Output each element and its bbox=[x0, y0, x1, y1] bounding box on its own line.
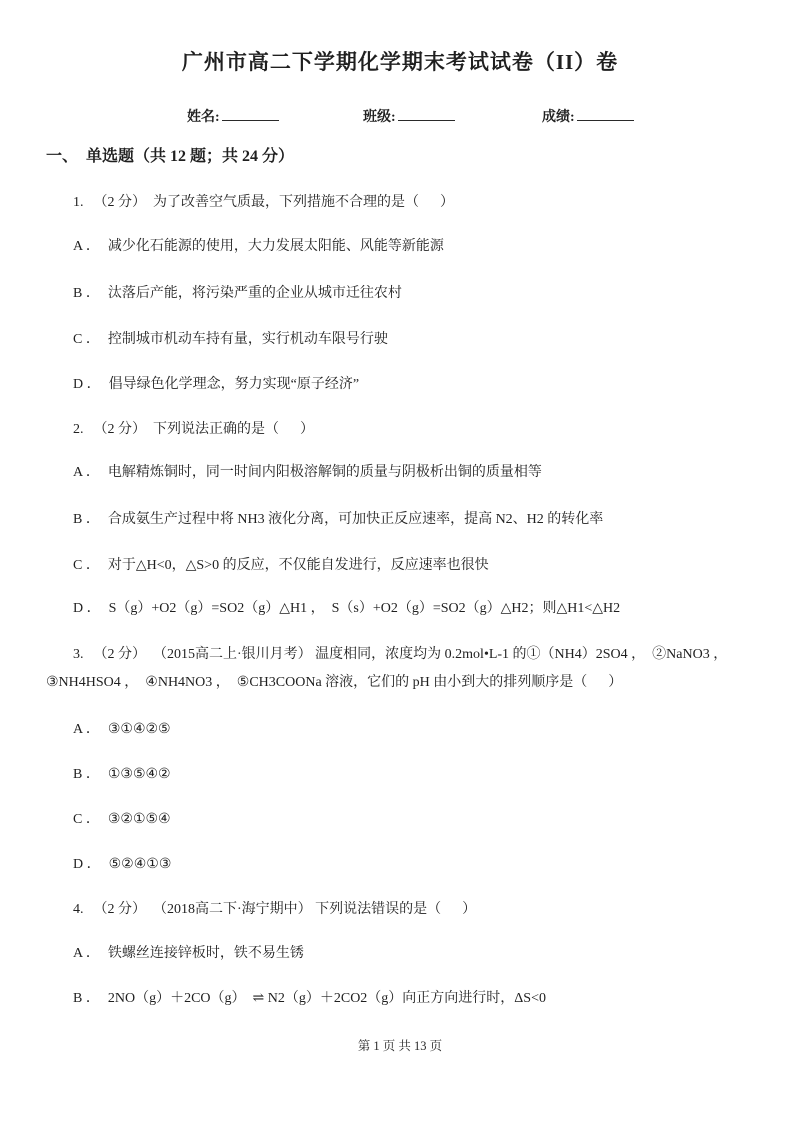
question-3-option-d: D ．⑤②④①③ bbox=[73, 855, 171, 875]
option-label: C ． bbox=[73, 332, 100, 347]
page-footer: 第 1 页 共 13 页 bbox=[0, 1036, 800, 1054]
question-3-option-c: C ．③②①⑤④ bbox=[73, 810, 171, 830]
page-title: 广州市高二下学期化学期末考试试卷（II）卷 bbox=[0, 46, 800, 76]
question-3-stem-line-2: ③NH4HSO4 ， ④NH4NO3 ， ⑤CH3COONa 溶液，它们的 pH… bbox=[46, 673, 622, 693]
option-text: ①③⑤④② bbox=[108, 767, 171, 782]
option-text: 倡导绿色化学理念，努力实现“原子经济” bbox=[109, 377, 359, 392]
question-1-text: （2 分） 为了改善空气质最，下列措施不合理的是（ ） bbox=[94, 195, 455, 210]
question-4-text: （2 分） （2018高二下·海宁期中） 下列说法错误的是（ ） bbox=[94, 902, 477, 917]
question-1-option-a: A ．减少化石能源的使用，大力发展太阳能、风能等新能源 bbox=[73, 237, 444, 257]
option-label: A ． bbox=[73, 465, 100, 480]
question-4-option-b: B ．2NO（g）＋2CO（g） ⇌ N2（g）＋2CO2（g）向正方向进行时，… bbox=[73, 989, 546, 1009]
option-text: ⑤②④①③ bbox=[109, 857, 172, 872]
option-label: D ． bbox=[73, 857, 101, 872]
option-text: 减少化石能源的使用，大力发展太阳能、风能等新能源 bbox=[108, 239, 444, 254]
option-text: S（g）+O2（g）=SO2（g）△H1 ， S（s）+O2（g）=SO2（g）… bbox=[109, 601, 621, 616]
question-2-option-a: A ．电解精炼铜时，同一时间内阳极溶解铜的质量与阴极析出铜的质量相等 bbox=[73, 463, 542, 483]
option-label: A ． bbox=[73, 946, 100, 961]
option-label: A ． bbox=[73, 239, 100, 254]
option-label: D ． bbox=[73, 601, 101, 616]
option-label: D ． bbox=[73, 377, 101, 392]
score-blank-line bbox=[577, 107, 634, 121]
question-3-text: （2 分） （2015高二上·银川月考） 温度相同，浓度均为 0.2mol•L-… bbox=[94, 647, 728, 662]
question-3-stem-line-1: 3.（2 分） （2015高二上·银川月考） 温度相同，浓度均为 0.2mol•… bbox=[73, 645, 727, 665]
question-4-number: 4. bbox=[73, 902, 84, 917]
name-label: 姓名: bbox=[187, 110, 220, 125]
option-label: B ． bbox=[73, 512, 100, 527]
question-3-number: 3. bbox=[73, 647, 84, 662]
option-label: B ． bbox=[73, 286, 100, 301]
question-1-option-d: D ．倡导绿色化学理念，努力实现“原子经济” bbox=[73, 375, 359, 395]
option-text: ③②①⑤④ bbox=[108, 812, 171, 827]
name-field: 姓名: bbox=[187, 106, 279, 126]
option-text: 控制城市机动车持有量，实行机动车限号行驶 bbox=[108, 332, 388, 347]
option-label: C ． bbox=[73, 558, 100, 573]
question-2-stem: 2.（2 分） 下列说法正确的是（ ） bbox=[73, 420, 314, 440]
score-label: 成绩: bbox=[542, 110, 575, 125]
question-1-option-b: B ．汰落后产能，将污染严重的企业从城市迁往农村 bbox=[73, 284, 402, 304]
option-text: 电解精炼铜时，同一时间内阳极溶解铜的质量与阴极析出铜的质量相等 bbox=[108, 465, 542, 480]
class-label: 班级: bbox=[363, 110, 396, 125]
option-text: 对于△H<0，△S>0 的反应，不仅能自发进行，反应速率也很快 bbox=[108, 558, 489, 573]
option-text: 铁螺丝连接锌板时，铁不易生锈 bbox=[108, 946, 304, 961]
option-text: ③①④②⑤ bbox=[108, 722, 171, 737]
question-1-option-c: C ．控制城市机动车持有量，实行机动车限号行驶 bbox=[73, 330, 388, 350]
option-label: B ． bbox=[73, 991, 100, 1006]
option-label: A ． bbox=[73, 722, 100, 737]
option-text: 合成氨生产过程中将 NH3 液化分离，可加快正反应速率，提高 N2、H2 的转化… bbox=[108, 512, 603, 527]
option-text: 2NO（g）＋2CO（g） ⇌ N2（g）＋2CO2（g）向正方向进行时，ΔS<… bbox=[108, 991, 546, 1006]
question-2-option-d: D ．S（g）+O2（g）=SO2（g）△H1 ， S（s）+O2（g）=SO2… bbox=[73, 599, 620, 619]
question-4-option-a: A ．铁螺丝连接锌板时，铁不易生锈 bbox=[73, 944, 304, 964]
score-field: 成绩: bbox=[542, 106, 634, 126]
option-text: 汰落后产能，将污染严重的企业从城市迁往农村 bbox=[108, 286, 402, 301]
question-4-stem: 4.（2 分） （2018高二下·海宁期中） 下列说法错误的是（ ） bbox=[73, 900, 476, 920]
question-3-option-a: A ．③①④②⑤ bbox=[73, 720, 171, 740]
question-3-option-b: B ．①③⑤④② bbox=[73, 765, 171, 785]
exam-page: 广州市高二下学期化学期末考试试卷（II）卷 姓名: 班级: 成绩: 一、 单选题… bbox=[0, 0, 800, 1132]
question-3-text-continued: ③NH4HSO4 ， ④NH4NO3 ， ⑤CH3COONa 溶液，它们的 pH… bbox=[46, 675, 622, 690]
question-2-option-c: C ．对于△H<0，△S>0 的反应，不仅能自发进行，反应速率也很快 bbox=[73, 556, 489, 576]
option-label: B ． bbox=[73, 767, 100, 782]
question-2-number: 2. bbox=[73, 422, 84, 437]
section-heading: 一、 单选题（共 12 题；共 24 分） bbox=[46, 143, 294, 166]
class-field: 班级: bbox=[363, 106, 455, 126]
class-blank-line bbox=[398, 107, 455, 121]
question-1-number: 1. bbox=[73, 195, 84, 210]
question-2-text: （2 分） 下列说法正确的是（ ） bbox=[94, 422, 315, 437]
option-label: C ． bbox=[73, 812, 100, 827]
question-2-option-b: B ．合成氨生产过程中将 NH3 液化分离，可加快正反应速率，提高 N2、H2 … bbox=[73, 510, 603, 530]
question-1-stem: 1.（2 分） 为了改善空气质最，下列措施不合理的是（ ） bbox=[73, 193, 454, 213]
name-blank-line bbox=[222, 107, 279, 121]
